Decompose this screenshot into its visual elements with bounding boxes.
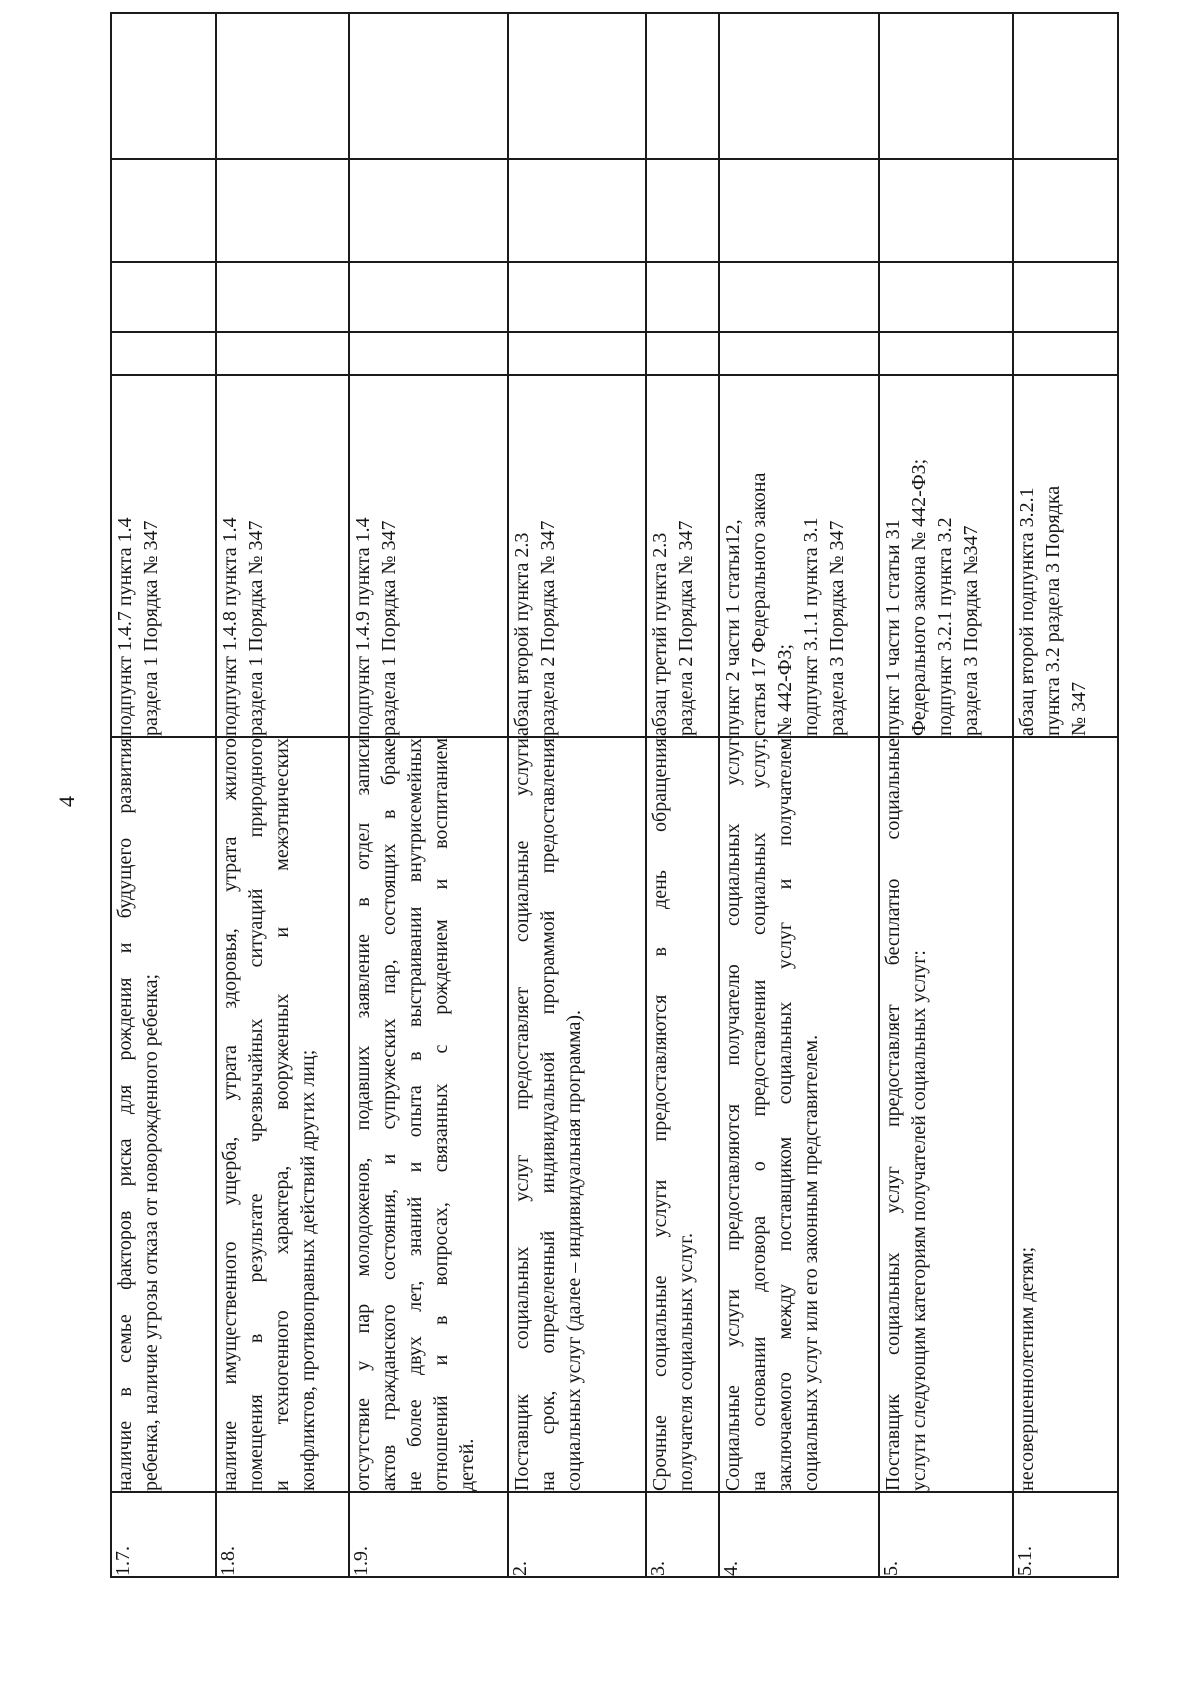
row-reference: подпункт 1.4.9 пункта 1.4раздела 1 Поряд… (350, 376, 402, 736)
row-reference: подпункт 1.4.8 пункта 1.4раздела 1 Поряд… (217, 376, 269, 736)
page-number: 4 (54, 795, 80, 807)
row-text-cell: Социальные услуги предоставляются получа… (719, 737, 879, 1492)
table-row: 5.1. несовершеннолетним детям; абзац вто… (1013, 13, 1118, 1577)
empty-cell-2 (1013, 262, 1118, 332)
empty-cell-3 (349, 159, 508, 262)
empty-cell-1 (349, 332, 508, 375)
empty-cell-2 (349, 262, 508, 332)
row-reference: абзац второй пункта 2.3раздела 2 Порядка… (509, 376, 561, 736)
empty-cell-2 (646, 262, 719, 332)
row-reference-cell: абзац второй пункта 2.3раздела 2 Порядка… (508, 375, 646, 737)
row-reference-cell: пункт 1 части 1 статьи 31Федерального за… (879, 375, 1013, 737)
scanned-document-page: { "page": { "number": "4" }, "table": { … (0, 0, 1200, 1696)
empty-cell-3 (646, 159, 719, 262)
row-text: Социальные услуги предоставляются получа… (720, 738, 824, 1491)
table-row: 3. Срочные социальные услуги предоставля… (646, 13, 719, 1577)
empty-cell-1 (646, 332, 719, 375)
table-row: 1.7. наличие в семье факторов риска для … (111, 13, 216, 1577)
row-number-cell: 5. (879, 1492, 1013, 1577)
empty-cell-4 (216, 13, 349, 159)
row-text: Поставщик социальных услуг предоставляет… (880, 738, 932, 1491)
row-reference-cell: подпункт 1.4.8 пункта 1.4раздела 1 Поряд… (216, 375, 349, 737)
empty-cell-4 (646, 13, 719, 159)
empty-cell-4 (719, 13, 879, 159)
row-text: наличие имущественного ущерба, утрата зд… (217, 738, 321, 1491)
page: 4 1.7. наличие в семье факторов риска дл… (0, 0, 1200, 1696)
empty-cell-1 (1013, 332, 1118, 375)
empty-cell-1 (879, 332, 1013, 375)
row-number-cell: 1.8. (216, 1492, 349, 1577)
table-row: 1.8. наличие имущественного ущерба, утра… (216, 13, 349, 1577)
row-number-cell: 1.9. (349, 1492, 508, 1577)
row-text-cell: Поставщик социальных услуг предоставляет… (879, 737, 1013, 1492)
table-row: 5. Поставщик социальных услуг предоставл… (879, 13, 1013, 1577)
empty-cell-3 (1013, 159, 1118, 262)
row-number-cell: 2. (508, 1492, 646, 1577)
empty-cell-2 (508, 262, 646, 332)
empty-cell-1 (508, 332, 646, 375)
empty-cell-2 (879, 262, 1013, 332)
empty-cell-2 (111, 262, 216, 332)
empty-cell-3 (719, 159, 879, 262)
row-number-cell: 5.1. (1013, 1492, 1118, 1577)
empty-cell-1 (719, 332, 879, 375)
row-reference-cell: пункт 2 части 1 статьи12,статья 17 Федер… (719, 375, 879, 737)
empty-cell-3 (216, 159, 349, 262)
empty-cell-4 (508, 13, 646, 159)
row-number-cell: 4. (719, 1492, 879, 1577)
row-reference-cell: абзац третий пункта 2.3раздела 2 Порядка… (646, 375, 719, 737)
empty-cell-3 (879, 159, 1013, 262)
row-text: наличие в семье факторов риска для рожде… (112, 738, 164, 1491)
empty-cell-1 (111, 332, 216, 375)
row-text: Поставщик социальных услуг предоставляет… (509, 738, 587, 1491)
row-reference: абзац второй подпункта 3.2.1пункта 3.2 р… (1014, 376, 1092, 736)
row-text-cell: несовершеннолетним детям; (1013, 737, 1118, 1492)
content-table: 1.7. наличие в семье факторов риска для … (110, 12, 1119, 1578)
empty-cell-3 (111, 159, 216, 262)
row-number-cell: 1.7. (111, 1492, 216, 1577)
row-reference: пункт 1 части 1 статьи 31Федерального за… (880, 376, 984, 736)
row-text: Срочные социальные услуги предоставляютс… (647, 738, 699, 1491)
table-row: 1.9. отсутствие у пар молодоженов, подав… (349, 13, 508, 1577)
row-text-cell: отсутствие у пар молодоженов, подавших з… (349, 737, 508, 1492)
empty-cell-4 (879, 13, 1013, 159)
row-text-cell: наличие имущественного ущерба, утрата зд… (216, 737, 349, 1492)
empty-cell-4 (1013, 13, 1118, 159)
empty-cell-4 (349, 13, 508, 159)
row-text: несовершеннолетним детям; (1014, 738, 1040, 1491)
row-reference-cell: подпункт 1.4.9 пункта 1.4раздела 1 Поряд… (349, 375, 508, 737)
row-reference: пункт 2 части 1 статьи12,статья 17 Федер… (720, 376, 850, 736)
row-text-cell: наличие в семье факторов риска для рожде… (111, 737, 216, 1492)
row-reference-cell: абзац второй подпункта 3.2.1пункта 3.2 р… (1013, 375, 1118, 737)
empty-cell-1 (216, 332, 349, 375)
row-text-cell: Срочные социальные услуги предоставляютс… (646, 737, 719, 1492)
row-text-cell: Поставщик социальных услуг предоставляет… (508, 737, 646, 1492)
empty-cell-2 (216, 262, 349, 332)
table-row: 4. Социальные услуги предоставляются пол… (719, 13, 879, 1577)
row-reference: подпункт 1.4.7 пункта 1.4раздела 1 Поряд… (112, 376, 164, 736)
row-text: отсутствие у пар молодоженов, подавших з… (350, 738, 480, 1491)
empty-cell-3 (508, 159, 646, 262)
row-reference-cell: подпункт 1.4.7 пункта 1.4раздела 1 Поряд… (111, 375, 216, 737)
row-reference: абзац третий пункта 2.3раздела 2 Порядка… (647, 376, 699, 736)
empty-cell-4 (111, 13, 216, 159)
empty-cell-2 (719, 262, 879, 332)
table-row: 2. Поставщик социальных услуг предоставл… (508, 13, 646, 1577)
row-number-cell: 3. (646, 1492, 719, 1577)
